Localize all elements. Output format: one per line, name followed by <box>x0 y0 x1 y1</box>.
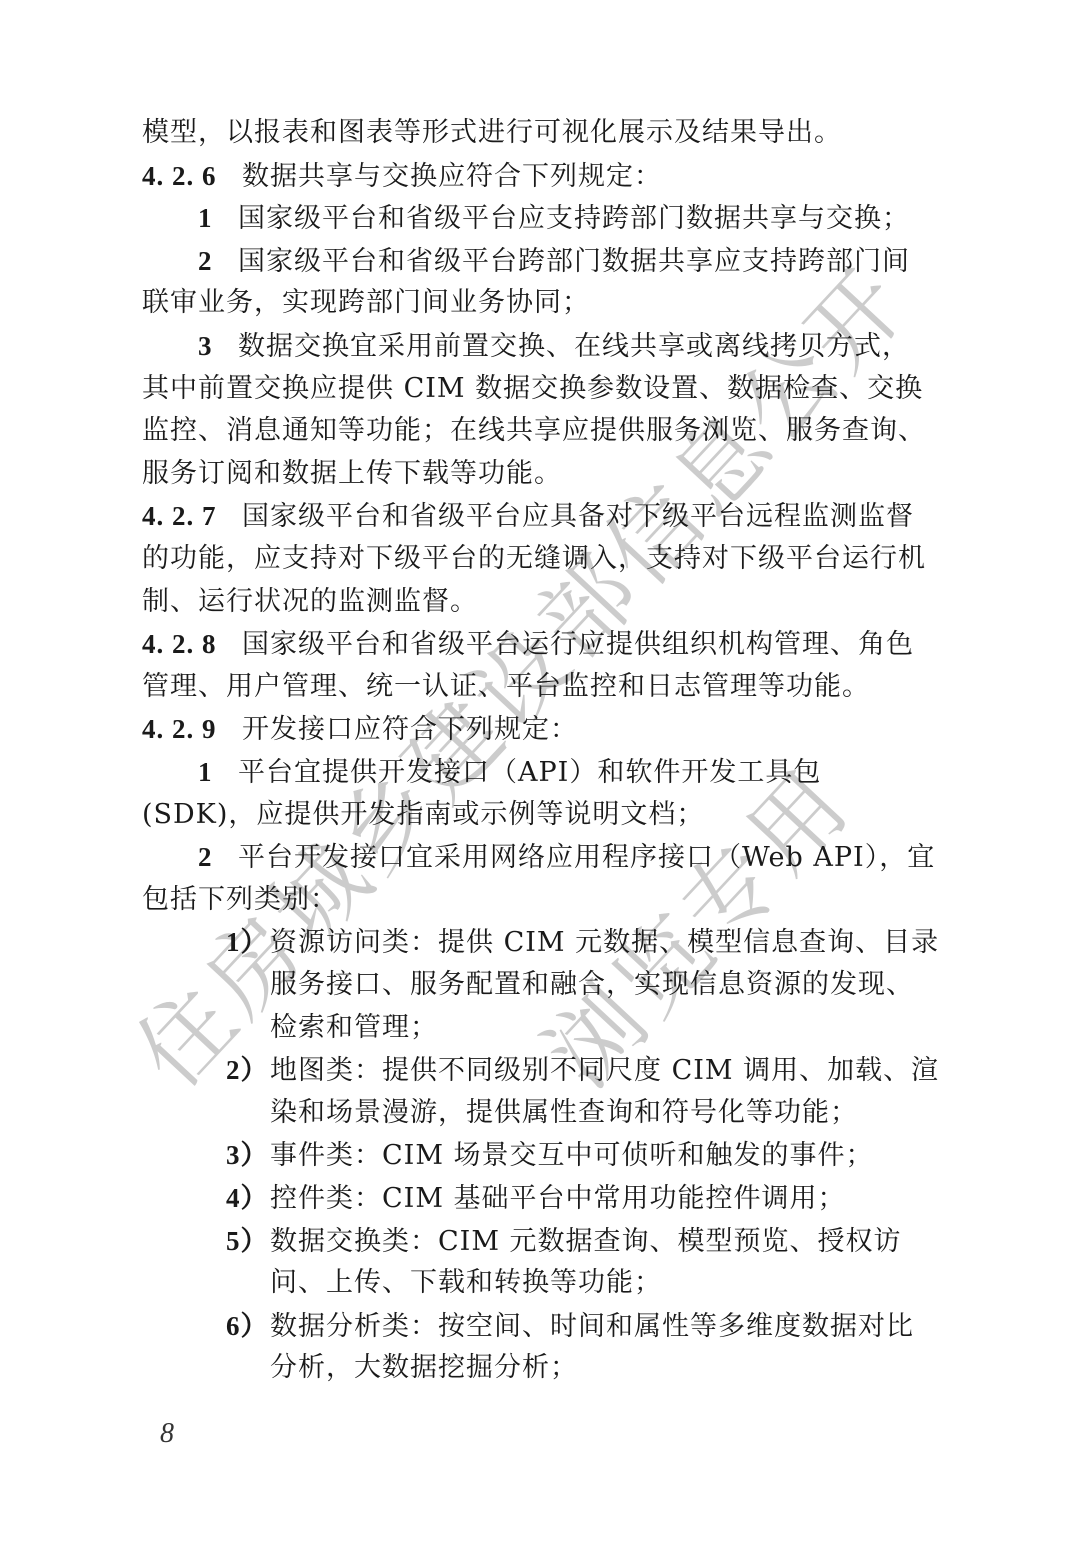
line-text: 包括下列类别： <box>142 884 338 915</box>
line-text: 国家级平台和省级平台应具备对下级平台远程监测监督 <box>242 501 914 532</box>
sub-item-line: 5）数据交换类：CIM 元数据查询、模型预览、授权访 <box>226 1220 902 1262</box>
sub-item-number: 6） <box>226 1305 270 1347</box>
line-text: 数据交换宜采用前置交换、在线共享或离线拷贝方式， <box>238 331 910 362</box>
sub-item-number: 4） <box>226 1177 270 1219</box>
text-line: 染和场景漫游，提供属性查询和符号化等功能； <box>270 1092 858 1134</box>
line-text: 联审业务，实现跨部门间业务协同； <box>142 287 590 318</box>
item-number: 1 <box>198 751 238 793</box>
line-text: 平台宜提供开发接口（API）和软件开发工具包 <box>238 757 821 788</box>
line-text: 检索和管理； <box>270 1012 438 1043</box>
sub-item-number: 1） <box>226 921 270 963</box>
text-line: 服务订阅和数据上传下载等功能。 <box>142 453 562 495</box>
text-line: (SDK)，应提供开发指南或示例等说明文档； <box>142 794 704 836</box>
line-text: 服务订阅和数据上传下载等功能。 <box>142 458 562 489</box>
line-text: 染和场景漫游，提供属性查询和符号化等功能； <box>270 1097 858 1128</box>
sub-item-line: 4）控件类：CIM 基础平台中常用功能控件调用； <box>226 1177 846 1219</box>
item-number: 1 <box>198 197 238 239</box>
text-line: 分析，大数据挖掘分析； <box>270 1347 578 1389</box>
text-line: 模型，以报表和图表等形式进行可视化展示及结果导出。 <box>142 112 842 154</box>
line-text: 数据交换类：CIM 元数据查询、模型预览、授权访 <box>270 1226 902 1257</box>
line-text: 控件类：CIM 基础平台中常用功能控件调用； <box>270 1183 846 1214</box>
clause-line: 4. 2. 8国家级平台和省级平台运行应提供组织机构管理、角色 <box>142 623 914 665</box>
sub-item-number: 3） <box>226 1134 270 1176</box>
item-line: 2国家级平台和省级平台跨部门数据共享应支持跨部门间 <box>198 240 910 282</box>
clause-number: 4. 2. 7 <box>142 495 242 537</box>
line-text: 制、运行状况的监测监督。 <box>142 586 478 617</box>
text-line: 问、上传、下载和转换等功能； <box>270 1262 662 1304</box>
text-line: 检索和管理； <box>270 1007 438 1049</box>
text-line: 制、运行状况的监测监督。 <box>142 581 478 623</box>
line-text: 国家级平台和省级平台应支持跨部门数据共享与交换； <box>238 203 910 234</box>
line-text: 开发接口应符合下列规定： <box>242 714 578 745</box>
line-text: 资源访问类：提供 CIM 元数据、模型信息查询、目录 <box>270 927 939 958</box>
line-text: 数据共享与交换应符合下列规定： <box>242 161 662 192</box>
line-text: 其中前置交换应提供 CIM 数据交换参数设置、数据检查、交换 <box>142 373 923 404</box>
clause-number: 4. 2. 8 <box>142 623 242 665</box>
page-number: 8 <box>160 1418 174 1450</box>
sub-item-line: 2）地图类：提供不同级别不同尺度 CIM 调用、加载、渲 <box>226 1049 939 1091</box>
text-line: 包括下列类别： <box>142 879 338 921</box>
text-line: 管理、用户管理、统一认证、平台监控和日志管理等功能。 <box>142 666 870 708</box>
line-text: 数据分析类：按空间、时间和属性等多维度数据对比 <box>270 1311 914 1342</box>
line-text: 地图类：提供不同级别不同尺度 CIM 调用、加载、渲 <box>270 1055 939 1086</box>
item-line: 2平台开发接口宜采用网络应用程序接口（Web API），宜 <box>198 836 935 878</box>
text-line: 监控、消息通知等功能；在线共享应提供服务浏览、服务查询、 <box>142 410 926 452</box>
line-text: 平台开发接口宜采用网络应用程序接口（Web API），宜 <box>238 842 935 873</box>
line-text: 的功能，应支持对下级平台的无缝调入，支持对下级平台运行机 <box>142 543 926 574</box>
line-text: 模型，以报表和图表等形式进行可视化展示及结果导出。 <box>142 117 842 148</box>
text-line: 联审业务，实现跨部门间业务协同； <box>142 282 590 324</box>
line-text: 监控、消息通知等功能；在线共享应提供服务浏览、服务查询、 <box>142 415 926 446</box>
text-line: 其中前置交换应提供 CIM 数据交换参数设置、数据检查、交换 <box>142 368 923 410</box>
item-number: 2 <box>198 836 238 878</box>
line-text: 分析，大数据挖掘分析； <box>270 1352 578 1383</box>
clause-line: 4. 2. 6数据共享与交换应符合下列规定： <box>142 155 662 197</box>
clause-number: 4. 2. 9 <box>142 708 242 750</box>
line-text: 管理、用户管理、统一认证、平台监控和日志管理等功能。 <box>142 671 870 702</box>
clause-number: 4. 2. 6 <box>142 155 242 197</box>
sub-item-line: 1）资源访问类：提供 CIM 元数据、模型信息查询、目录 <box>226 921 939 963</box>
clause-line: 4. 2. 9开发接口应符合下列规定： <box>142 708 578 750</box>
line-text: 国家级平台和省级平台跨部门数据共享应支持跨部门间 <box>238 246 910 277</box>
line-text: 服务接口、服务配置和融合，实现信息资源的发现、 <box>270 969 914 1000</box>
item-number: 3 <box>198 325 238 367</box>
line-text: 事件类：CIM 场景交互中可侦听和触发的事件； <box>270 1140 874 1171</box>
sub-item-number: 5） <box>226 1220 270 1262</box>
line-text: 国家级平台和省级平台运行应提供组织机构管理、角色 <box>242 629 914 660</box>
text-line: 服务接口、服务配置和融合，实现信息资源的发现、 <box>270 964 914 1006</box>
document-page: 住房城乡建设部信息公开 浏览专用 模型，以报表和图表等形式进行可视化展示及结果导… <box>0 0 1080 1565</box>
item-line: 1平台宜提供开发接口（API）和软件开发工具包 <box>198 751 821 793</box>
item-line: 3数据交换宜采用前置交换、在线共享或离线拷贝方式， <box>198 325 910 367</box>
item-line: 1国家级平台和省级平台应支持跨部门数据共享与交换； <box>198 197 910 239</box>
line-text: (SDK)，应提供开发指南或示例等说明文档； <box>142 799 704 830</box>
sub-item-number: 2） <box>226 1049 270 1091</box>
sub-item-line: 3）事件类：CIM 场景交互中可侦听和触发的事件； <box>226 1134 874 1176</box>
sub-item-line: 6）数据分析类：按空间、时间和属性等多维度数据对比 <box>226 1305 914 1347</box>
clause-line: 4. 2. 7国家级平台和省级平台应具备对下级平台远程监测监督 <box>142 495 914 537</box>
line-text: 问、上传、下载和转换等功能； <box>270 1267 662 1298</box>
text-line: 的功能，应支持对下级平台的无缝调入，支持对下级平台运行机 <box>142 538 926 580</box>
item-number: 2 <box>198 240 238 282</box>
